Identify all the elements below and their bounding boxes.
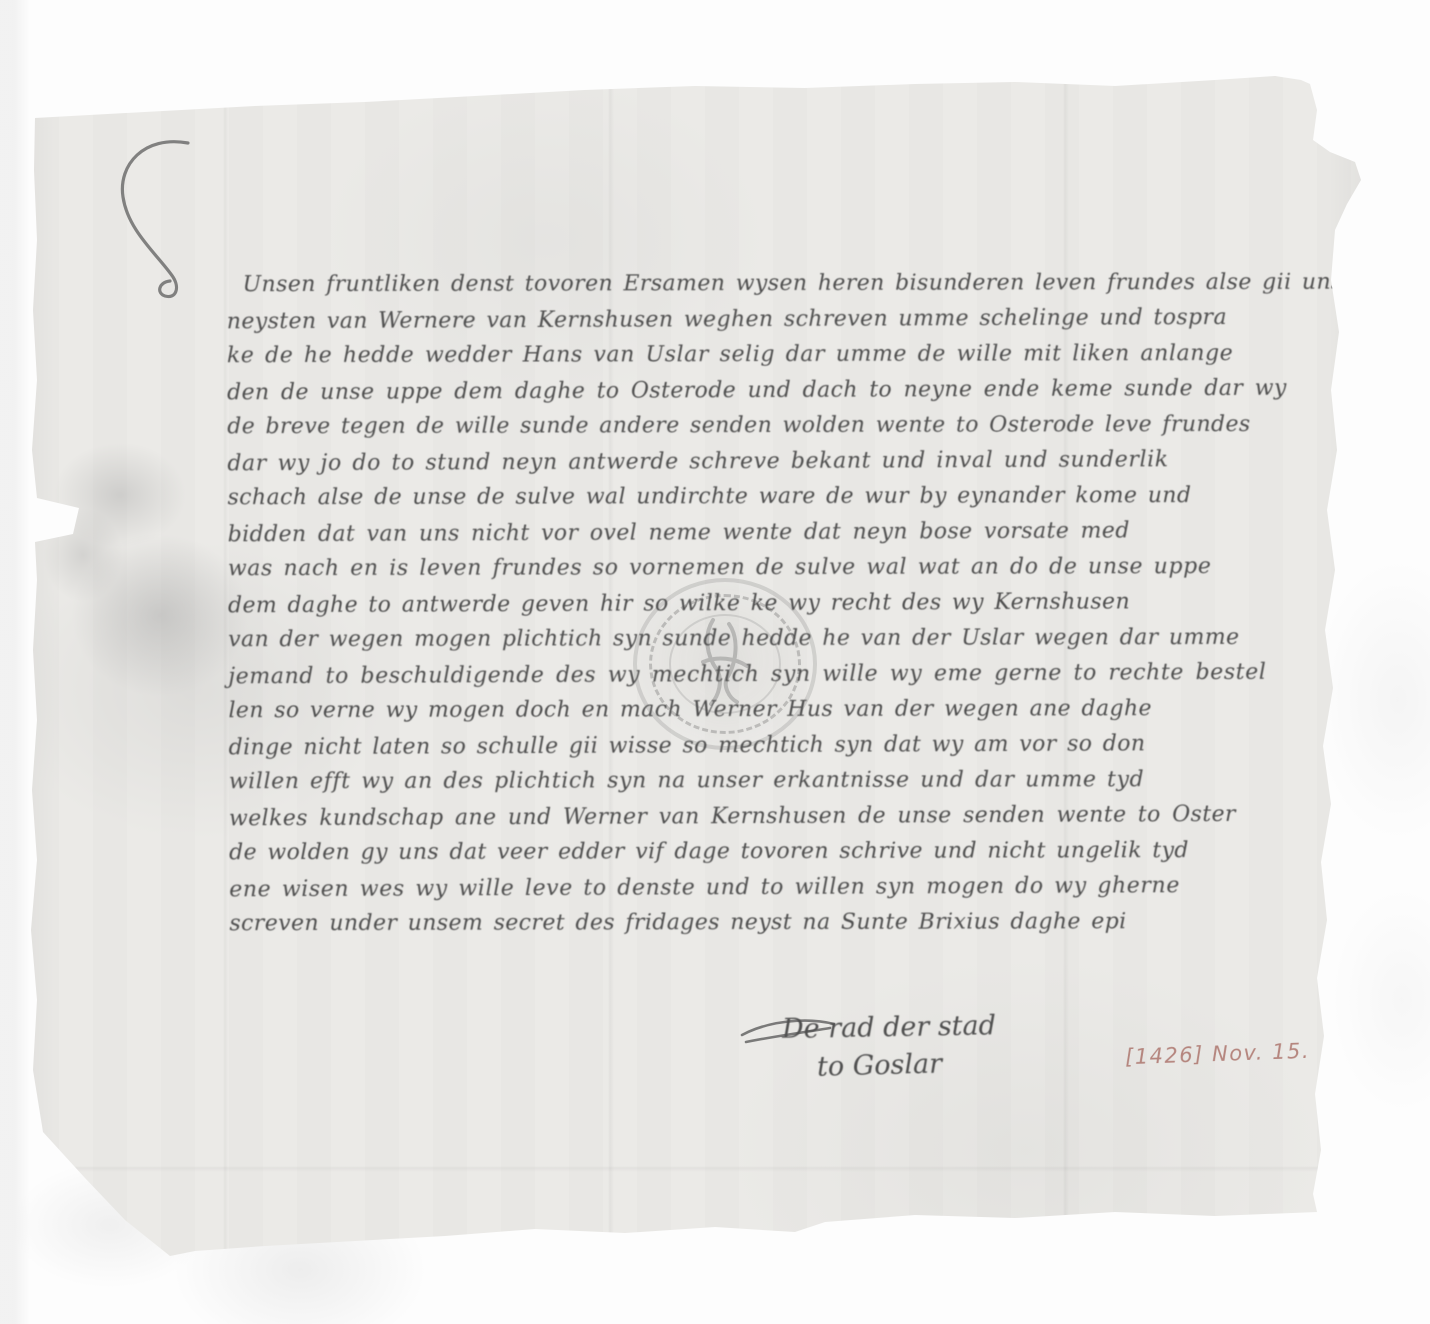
manuscript-line: de breve tegen de wille sunde andere sen… (227, 407, 1297, 445)
manuscript-sheet: Unsen fruntliken denst tovoren Ersamen w… (25, 70, 1370, 1270)
signature-line-2: to Goslar (817, 1048, 943, 1082)
manuscript-line: Unsen fruntliken denst tovoren Ersamen w… (227, 265, 1297, 303)
manuscript-line: ene wisen wes wy wille leve to denste un… (229, 867, 1299, 907)
archival-date-annotation: [1426] Nov. 15. (1125, 1039, 1311, 1069)
letter-body: Unsen fruntliken denst tovoren Ersamen w… (227, 264, 1300, 943)
pen-flourish-icon (110, 135, 225, 310)
manuscript-line: welkes kundschap ane und Werner van Kern… (229, 796, 1299, 836)
manuscript-line: den de unse uppe dem daghe to Osterode u… (227, 370, 1297, 410)
manuscript-line: was nach en is leven frundes so vornemen… (228, 549, 1298, 587)
manuscript-line: willen efft wy an des plichtich syn na u… (229, 762, 1299, 800)
manuscript-line: screven under unsem secret des fridages … (229, 904, 1299, 942)
manuscript-line: de wolden gy uns dat veer edder vif dage… (229, 833, 1299, 871)
manuscript-line: bidden dat van uns nicht vor ovel neme w… (228, 512, 1298, 552)
manuscript-line: van der wegen mogen plichtich syn sunde … (228, 620, 1298, 658)
manuscript-line: dem daghe to antwerde geven hir so wilke… (228, 583, 1298, 623)
manuscript-line: schach alse de unse de sulve wal undirch… (227, 478, 1297, 516)
manuscript-line: dar wy jo do to stund neyn antwerde schr… (227, 441, 1297, 481)
manuscript-line: len so verne wy mogen doch en mach Werne… (228, 691, 1298, 729)
manuscript-line: jemand to beschuldigende des wy mechtich… (228, 654, 1298, 694)
manuscript-line: neysten van Wernere van Kernshusen weghe… (227, 299, 1297, 339)
signature-line-1: De rad der stad (782, 1010, 996, 1045)
manuscript-line: dinge nicht laten so schulle gii wisse s… (229, 725, 1299, 765)
manuscript-line: ke de he hedde wedder Hans van Uslar sel… (227, 336, 1297, 374)
